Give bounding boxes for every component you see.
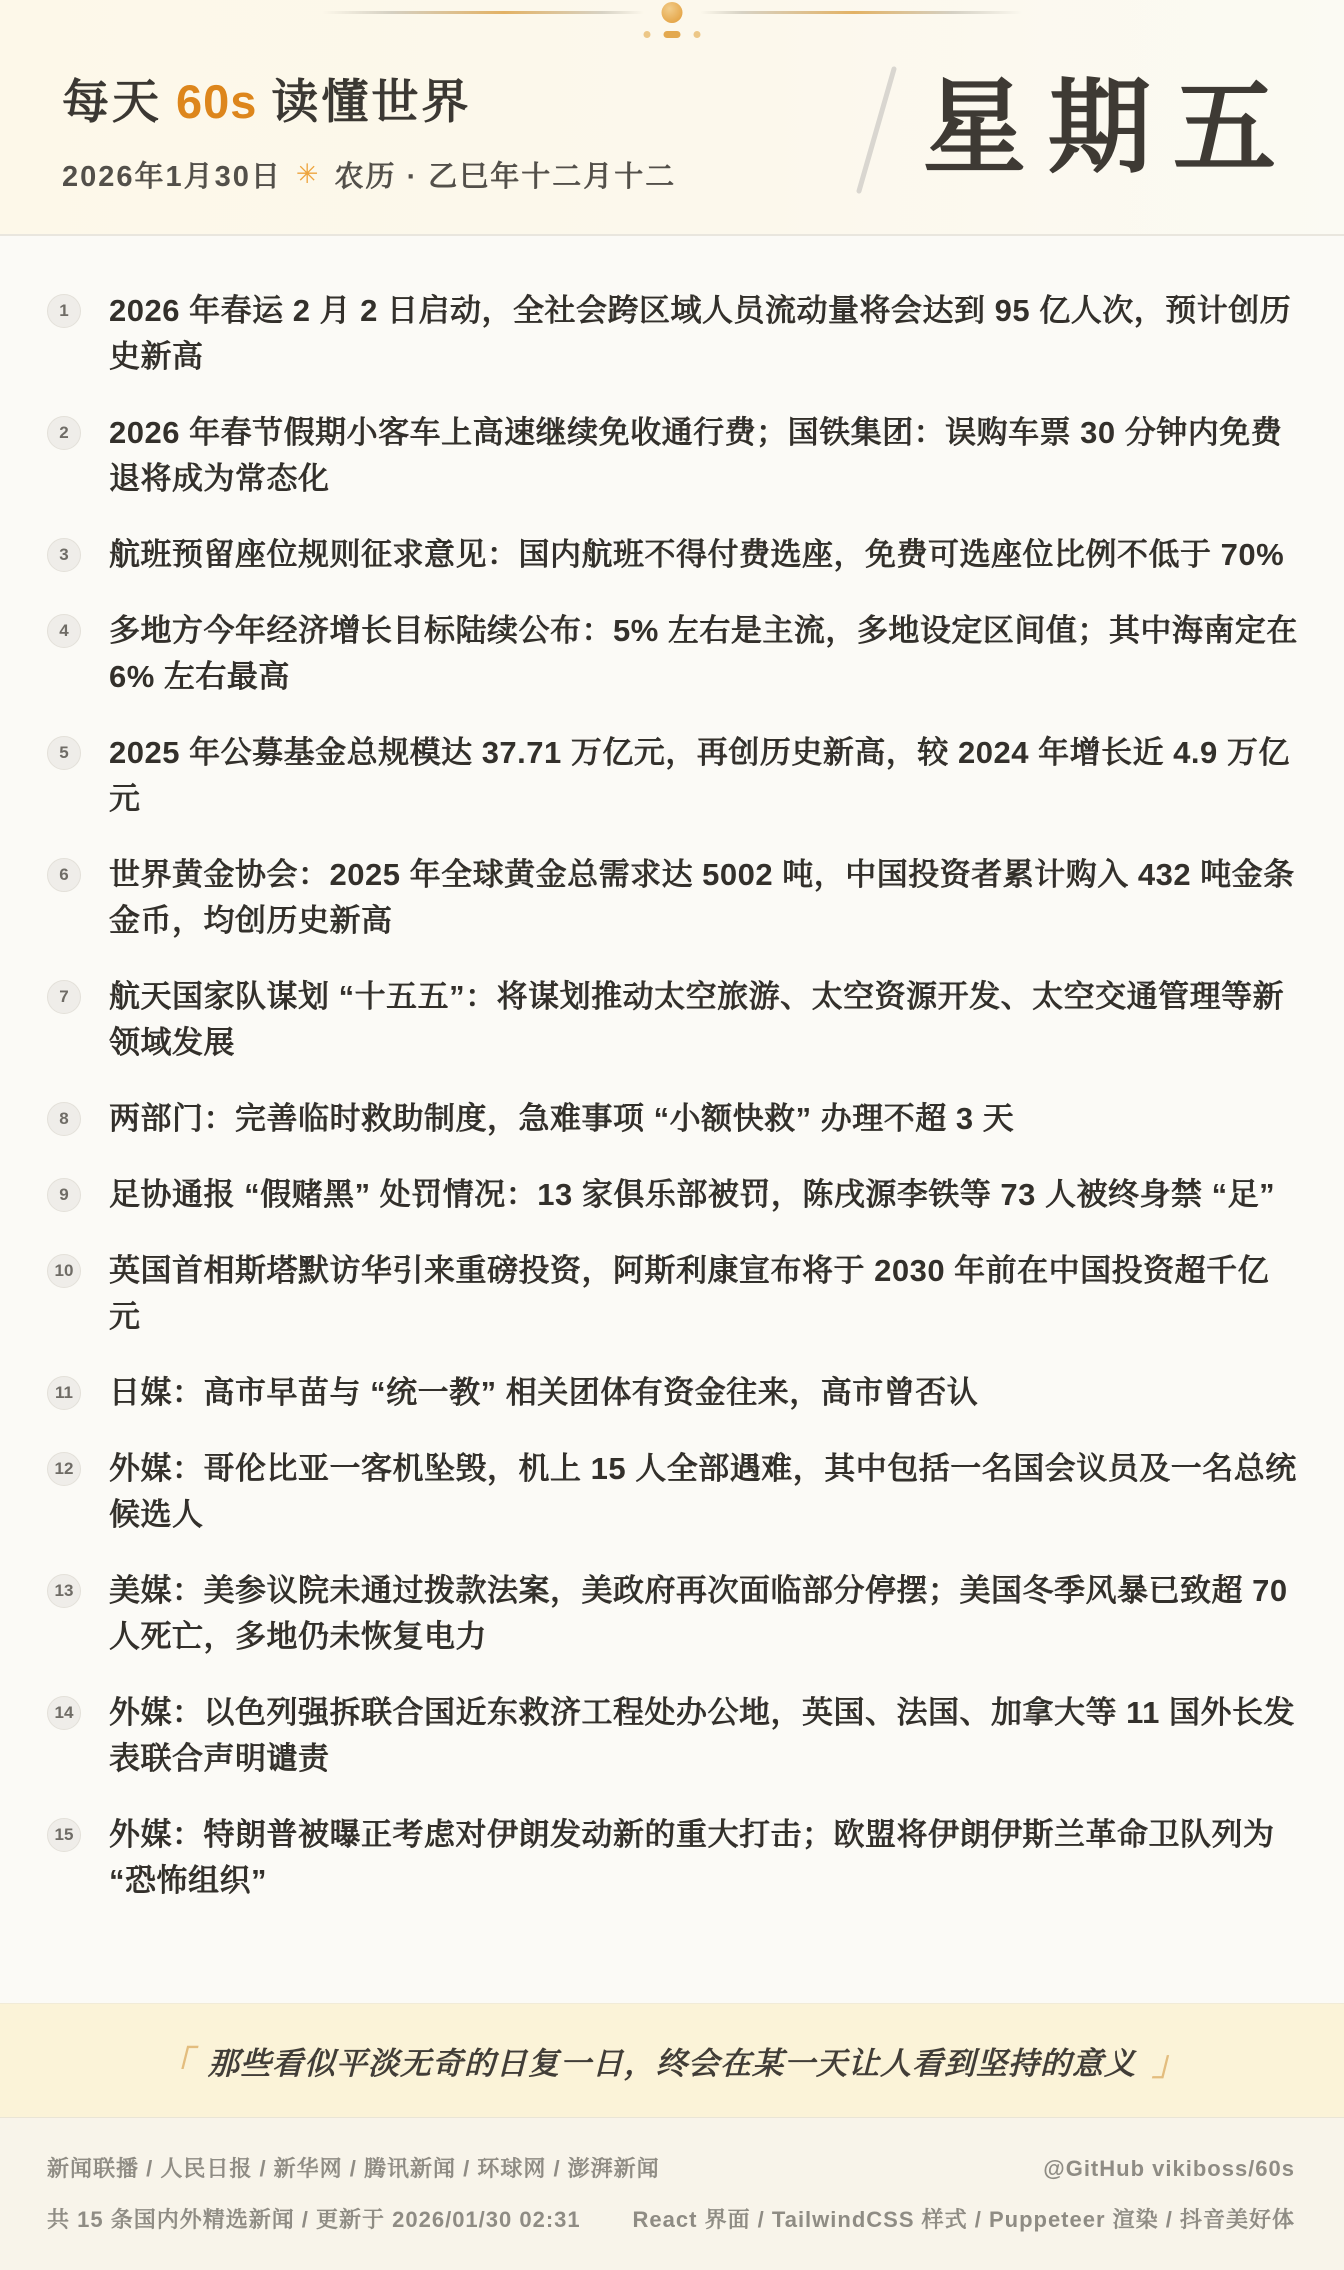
news-item-text: 世界黄金协会：2025 年全球黄金总需求达 5002 吨，中国投资者累计购入 4… <box>109 852 1300 944</box>
ornament-dot <box>694 31 701 38</box>
footer-tech: React 界面 / TailwindCSS 样式 / Puppeteer 渲染… <box>633 2203 1295 2234</box>
quote-banner: 「 那些看似平淡无奇的日复一日，终会在某一天让人看到坚持的意义 」 <box>0 2003 1344 2117</box>
ornament-dash <box>664 31 681 38</box>
news-item-text: 足协通报 “假赌黑” 处罚情况：13 家俱乐部被罚，陈戌源李铁等 73 人被终身… <box>109 1172 1275 1218</box>
news-item-number: 11 <box>47 1376 81 1410</box>
news-item-number: 6 <box>47 858 81 892</box>
news-item: 4 多地方今年经济增长目标陆续公布：5% 左右是主流，多地设定区间值；其中海南定… <box>47 608 1300 700</box>
news-item-number: 8 <box>47 1102 81 1136</box>
news-item-text: 日媒：高市早苗与 “统一教” 相关团体有资金往来，高市曾否认 <box>109 1370 978 1416</box>
news-item-text: 两部门：完善临时救助制度，急难事项 “小额快救” 办理不超 3 天 <box>109 1096 1014 1142</box>
news-item-number: 13 <box>47 1574 81 1608</box>
news-item-text: 多地方今年经济增长目标陆续公布：5% 左右是主流，多地设定区间值；其中海南定在 … <box>109 608 1300 700</box>
news-item: 11 日媒：高市早苗与 “统一教” 相关团体有资金往来，高市曾否认 <box>47 1370 1300 1416</box>
title-prefix: 每天 <box>62 65 162 132</box>
quote-text: 那些看似平淡无奇的日复一日，终会在某一天让人看到坚持的意义 <box>208 2038 1136 2083</box>
news-item: 15 外媒：特朗普被曝正考虑对伊朗发动新的重大打击；欧盟将伊朗伊斯兰革命卫队列为… <box>47 1812 1300 1904</box>
news-item-text: 外媒：特朗普被曝正考虑对伊朗发动新的重大打击；欧盟将伊朗伊斯兰革命卫队列为 “恐… <box>109 1812 1300 1904</box>
footer-row-sources: 新闻联播 / 人民日报 / 新华网 / 腾讯新闻 / 环球网 / 澎湃新闻 @G… <box>47 2152 1295 2183</box>
footer: 新闻联播 / 人民日报 / 新华网 / 腾讯新闻 / 环球网 / 澎湃新闻 @G… <box>0 2117 1344 2270</box>
header-left: 每天 60s 读懂世界 2026年1月30日 ✳ 农历 · 乙巳年十二月十二 <box>62 65 864 195</box>
news-item-number: 15 <box>47 1818 81 1852</box>
news-item-text: 英国首相斯塔默访华引来重磅投资，阿斯利康宣布将于 2030 年前在中国投资超千亿… <box>109 1248 1300 1340</box>
news-item-number: 1 <box>47 294 81 328</box>
gregorian-date: 2026年1月30日 <box>62 154 282 195</box>
news-item-text: 2026 年春运 2 月 2 日启动，全社会跨区域人员流动量将会达到 95 亿人… <box>109 288 1300 380</box>
ornament-sun-icon <box>662 2 683 23</box>
news-item-text: 2025 年公募基金总规模达 37.71 万亿元，再创历史新高，较 2024 年… <box>109 730 1300 822</box>
news-item: 9 足协通报 “假赌黑” 处罚情况：13 家俱乐部被罚，陈戌源李铁等 73 人被… <box>47 1172 1300 1218</box>
daily-news-card: 每天 60s 读懂世界 2026年1月30日 ✳ 农历 · 乙巳年十二月十二 星… <box>0 0 1344 2270</box>
news-item-number: 4 <box>47 614 81 648</box>
ornament-dots <box>644 31 701 38</box>
news-item: 2 2026 年春节假期小客车上高速继续免收通行费；国铁集团：误购车票 30 分… <box>47 410 1300 502</box>
footer-summary: 共 15 条国内外精选新闻 / 更新于 2026/01/30 02:31 <box>47 2203 581 2234</box>
news-item: 12 外媒：哥伦比亚一客机坠毁，机上 15 人全部遇难，其中包括一名国会议员及一… <box>47 1446 1300 1538</box>
news-item: 8 两部门：完善临时救助制度，急难事项 “小额快救” 办理不超 3 天 <box>47 1096 1300 1142</box>
news-item-text: 2026 年春节假期小客车上高速继续免收通行费；国铁集团：误购车票 30 分钟内… <box>109 410 1300 502</box>
footer-github: @GitHub vikiboss/60s <box>1043 2156 1295 2182</box>
news-item-text: 航天国家队谋划 “十五五”：将谋划推动太空旅游、太空资源开发、太空交通管理等新领… <box>109 974 1300 1066</box>
news-item: 6 世界黄金协会：2025 年全球黄金总需求达 5002 吨，中国投资者累计购入… <box>47 852 1300 944</box>
page-title: 每天 60s 读懂世界 <box>62 65 864 132</box>
news-item: 13 美媒：美参议院未通过拨款法案，美政府再次面临部分停摆；美国冬季风暴已致超 … <box>47 1568 1300 1660</box>
header: 每天 60s 读懂世界 2026年1月30日 ✳ 农历 · 乙巳年十二月十二 星… <box>0 0 1344 236</box>
news-item: 3 航班预留座位规则征求意见：国内航班不得付费选座，免费可选座位比例不低于 70… <box>47 532 1300 578</box>
news-item-number: 12 <box>47 1452 81 1486</box>
news-item: 1 2026 年春运 2 月 2 日启动，全社会跨区域人员流动量将会达到 95 … <box>47 288 1300 380</box>
news-list: 1 2026 年春运 2 月 2 日启动，全社会跨区域人员流动量将会达到 95 … <box>0 236 1344 2003</box>
news-item-text: 航班预留座位规则征求意见：国内航班不得付费选座，免费可选座位比例不低于 70% <box>109 532 1284 578</box>
news-item: 7 航天国家队谋划 “十五五”：将谋划推动太空旅游、太空资源开发、太空交通管理等… <box>47 974 1300 1066</box>
news-item-number: 9 <box>47 1178 81 1212</box>
lunar-date: 农历 · 乙巳年十二月十二 <box>335 154 677 195</box>
quote-open-bracket: 「 <box>158 2036 192 2085</box>
quote-close-bracket: 」 <box>1152 2036 1186 2085</box>
news-item-number: 3 <box>47 538 81 572</box>
news-item-number: 2 <box>47 416 81 450</box>
footer-sources: 新闻联播 / 人民日报 / 新华网 / 腾讯新闻 / 环球网 / 澎湃新闻 <box>47 2152 660 2183</box>
news-item-text: 外媒：哥伦比亚一客机坠毁，机上 15 人全部遇难，其中包括一名国会议员及一名总统… <box>109 1446 1300 1538</box>
date-row: 2026年1月30日 ✳ 农历 · 乙巳年十二月十二 <box>62 154 864 195</box>
title-suffix: 读懂世界 <box>271 65 471 132</box>
title-highlight-60s: 60s <box>176 74 257 129</box>
news-item-text: 外媒：以色列强拆联合国近东救济工程处办公地，英国、法国、加拿大等 11 国外长发… <box>109 1690 1300 1782</box>
news-item-text: 美媒：美参议院未通过拨款法案，美政府再次面临部分停摆；美国冬季风暴已致超 70 … <box>109 1568 1300 1660</box>
news-item-number: 5 <box>47 736 81 770</box>
news-item: 10 英国首相斯塔默访华引来重磅投资，阿斯利康宣布将于 2030 年前在中国投资… <box>47 1248 1300 1340</box>
ornament-dot <box>644 31 651 38</box>
asterisk-icon: ✳ <box>296 159 321 190</box>
footer-row-meta: 共 15 条国内外精选新闻 / 更新于 2026/01/30 02:31 Rea… <box>47 2203 1295 2234</box>
news-item: 5 2025 年公募基金总规模达 37.71 万亿元，再创历史新高，较 2024… <box>47 730 1300 822</box>
header-ornament <box>322 0 1022 44</box>
news-item: 14 外媒：以色列强拆联合国近东救济工程处办公地，英国、法国、加拿大等 11 国… <box>47 1690 1300 1782</box>
news-item-number: 10 <box>47 1254 81 1288</box>
news-item-number: 7 <box>47 980 81 1014</box>
news-item-number: 14 <box>47 1696 81 1730</box>
weekday-label: 星期五 <box>923 76 1298 185</box>
